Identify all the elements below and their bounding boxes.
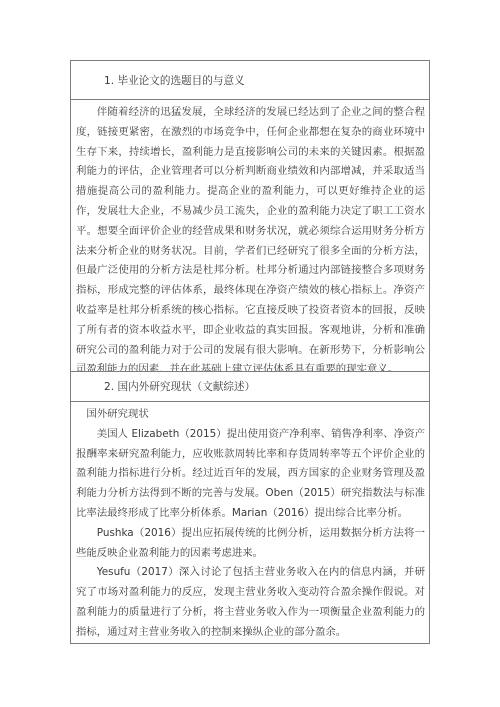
section-1-paragraph: 伴随着经济的迅猛发展，全球经济的发展已经达到了企业之间的整合程度，链接更紧密，在… [76,103,425,372]
section-2-paragraph-2: Pushka（2016）提出应拓展传统的比例分析，运用数据分析方法将一些能反映企… [76,524,425,564]
section-1-heading-row: 1. 毕业论文的选题目的与意义 [71,61,429,100]
document-page: 1. 毕业论文的选题目的与意义 伴随着经济的迅猛发展，全球经济的发展已经达到了企… [0,0,500,707]
foreign-research-subheading: 国外研究现状 [76,405,425,425]
section-2-paragraph-1: 美国人 Elizabeth（2015）提出使用资产净利率、销售净利率、净资产报酬… [76,425,425,524]
section-1-body-row: 伴随着经济的迅猛发展，全球经济的发展已经达到了企业之间的整合程度，链接更紧密，在… [71,100,429,372]
thesis-proposal-table: 1. 毕业论文的选题目的与意义 伴随着经济的迅猛发展，全球经济的发展已经达到了企… [70,60,430,644]
section-1-heading: 1. 毕业论文的选题目的与意义 [104,73,245,88]
section-2-heading: 2. 国内外研究现状（文献综述） [104,379,255,394]
section-2-heading-row: 2. 国内外研究现状（文献综述） [71,372,429,402]
section-2-body-row: 国外研究现状 美国人 Elizabeth（2015）提出使用资产净利率、销售净利… [71,402,429,643]
section-2-paragraph-3: Yesufu（2017）深入讨论了包括主营业务收入在内的信息内涵，并研究了市场对… [76,563,425,642]
